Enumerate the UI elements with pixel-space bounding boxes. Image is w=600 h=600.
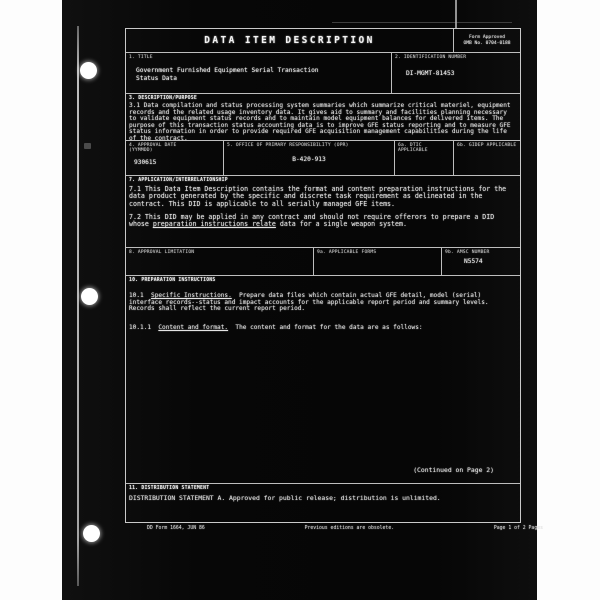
field-title-value-line1: Government Furnished Equipment Serial Tr… xyxy=(126,60,391,74)
dd-form-1664: DATA ITEM DESCRIPTION Form Approved OMB … xyxy=(125,28,521,523)
application-para-7-2: 7.2 This DID may be applied in any contr… xyxy=(126,214,520,229)
punch-hole xyxy=(80,62,97,79)
field-amsc-number: 9b. AMSC NUMBER N5574 xyxy=(441,248,520,275)
form-title: DATA ITEM DESCRIPTION xyxy=(126,29,453,52)
field-id-number: 2. IDENTIFICATION NUMBER DI-MGMT-81453 xyxy=(391,53,520,93)
continued-note: (Continued on Page 2) xyxy=(413,466,494,474)
para-10-1: 10.1 Specific Instructions. Prepare data… xyxy=(126,293,520,313)
punch-hole xyxy=(83,525,100,542)
para-10-1-1-number: 10.1.1 xyxy=(129,324,151,331)
field-title: 1. TITLE Government Furnished Equipment … xyxy=(126,53,391,93)
field-amsc-value: N5574 xyxy=(442,255,520,265)
field-gidep-applicable: 6b. GIDEP APPLICABLE xyxy=(453,141,520,175)
field-approval-limitation: 8. APPROVAL LIMITATION xyxy=(126,248,313,275)
para-7-2-tail: data for a single weapon system. xyxy=(276,220,407,228)
field-title-value-line2: Status Data xyxy=(126,74,391,82)
scan-artifact xyxy=(332,22,512,23)
scan-smudge xyxy=(84,143,91,149)
application-para-7-1: 7.1 This Data Item Description contains … xyxy=(126,186,520,208)
para-10-1-1-heading: Content and format. xyxy=(158,324,228,331)
omb-approval-box: Form Approved OMB No. 0704-0188 xyxy=(453,29,520,52)
application-section: 7. APPLICATION/INTERRELATIONSHIP 7.1 Thi… xyxy=(126,176,520,248)
field-dtic-label: 6a. DTIC APPLICABLE xyxy=(395,141,453,153)
field-approval-date: 4. APPROVAL DATE (YYMMDD) 930615 xyxy=(126,141,223,175)
field-id-number-value: DI-MGMT-81453 xyxy=(392,60,520,77)
field-title-label: 1. TITLE xyxy=(126,53,391,60)
field-approval-date-value: 930615 xyxy=(126,153,223,166)
form-footer: DD Form 1664, JUN 86 Previous editions a… xyxy=(125,526,555,531)
application-label: 7. APPLICATION/INTERRELATIONSHIP xyxy=(126,176,520,183)
field-opr-label: 5. OFFICE OF PRIMARY RESPONSIBILITY (OPR… xyxy=(224,141,394,148)
page-edge-line-top xyxy=(455,0,457,29)
field-opr-value: B-420-913 xyxy=(224,148,394,163)
field-applicable-forms: 9a. APPLICABLE FORMS xyxy=(313,248,441,275)
field-opr: 5. OFFICE OF PRIMARY RESPONSIBILITY (OPR… xyxy=(223,141,394,175)
form-title-row: DATA ITEM DESCRIPTION Form Approved OMB … xyxy=(126,29,520,53)
limitation-forms-row: 8. APPROVAL LIMITATION 9a. APPLICABLE FO… xyxy=(126,248,520,276)
field-dtic-applicable: 6a. DTIC APPLICABLE xyxy=(394,141,453,175)
para-10-1-1-text: The content and format for the data are … xyxy=(235,324,422,331)
omb-line2: OMB No. 0704-0188 xyxy=(463,41,510,46)
field-applicable-forms-label: 9a. APPLICABLE FORMS xyxy=(314,248,441,255)
field-approval-limitation-label: 8. APPROVAL LIMITATION xyxy=(126,248,313,255)
approval-opr-row: 4. APPROVAL DATE (YYMMDD) 930615 5. OFFI… xyxy=(126,141,520,176)
distribution-section: 11. DISTRIBUTION STATEMENT DISTRIBUTION … xyxy=(126,484,520,524)
footer-page-number: Page 1 of 2 Pages xyxy=(494,526,543,531)
field-approval-date-label: 4. APPROVAL DATE xyxy=(126,141,223,148)
footer-editions-note: Previous editions are obsolete. xyxy=(305,526,395,531)
description-purpose-text: 3.1 Data compilation and status processi… xyxy=(126,103,520,143)
description-purpose-label: 3. DESCRIPTION/PURPOSE xyxy=(126,94,520,101)
preparation-instructions-section: 10. PREPARATION INSTRUCTIONS 10.1 Specif… xyxy=(126,276,520,484)
field-gidep-label: 6b. GIDEP APPLICABLE xyxy=(454,141,520,148)
scanned-document: DATA ITEM DESCRIPTION Form Approved OMB … xyxy=(0,0,600,600)
page-edge-line xyxy=(77,26,79,586)
field-amsc-label: 9b. AMSC NUMBER xyxy=(442,248,520,255)
description-purpose-section: 3. DESCRIPTION/PURPOSE 3.1 Data compilat… xyxy=(126,94,520,141)
distribution-label: 11. DISTRIBUTION STATEMENT xyxy=(126,484,520,491)
para-10-1-1: 10.1.1 Content and format. The content a… xyxy=(126,325,520,332)
preparation-instructions-label: 10. PREPARATION INSTRUCTIONS xyxy=(126,276,520,283)
footer-form-number: DD Form 1664, JUN 86 xyxy=(147,526,205,531)
title-id-row: 1. TITLE Government Furnished Equipment … xyxy=(126,53,520,94)
distribution-statement: DISTRIBUTION STATEMENT A. Approved for p… xyxy=(126,495,520,502)
field-id-number-label: 2. IDENTIFICATION NUMBER xyxy=(392,53,520,60)
punch-hole xyxy=(81,288,98,305)
para-7-2-underlined: preparation instructions relate xyxy=(153,220,276,228)
